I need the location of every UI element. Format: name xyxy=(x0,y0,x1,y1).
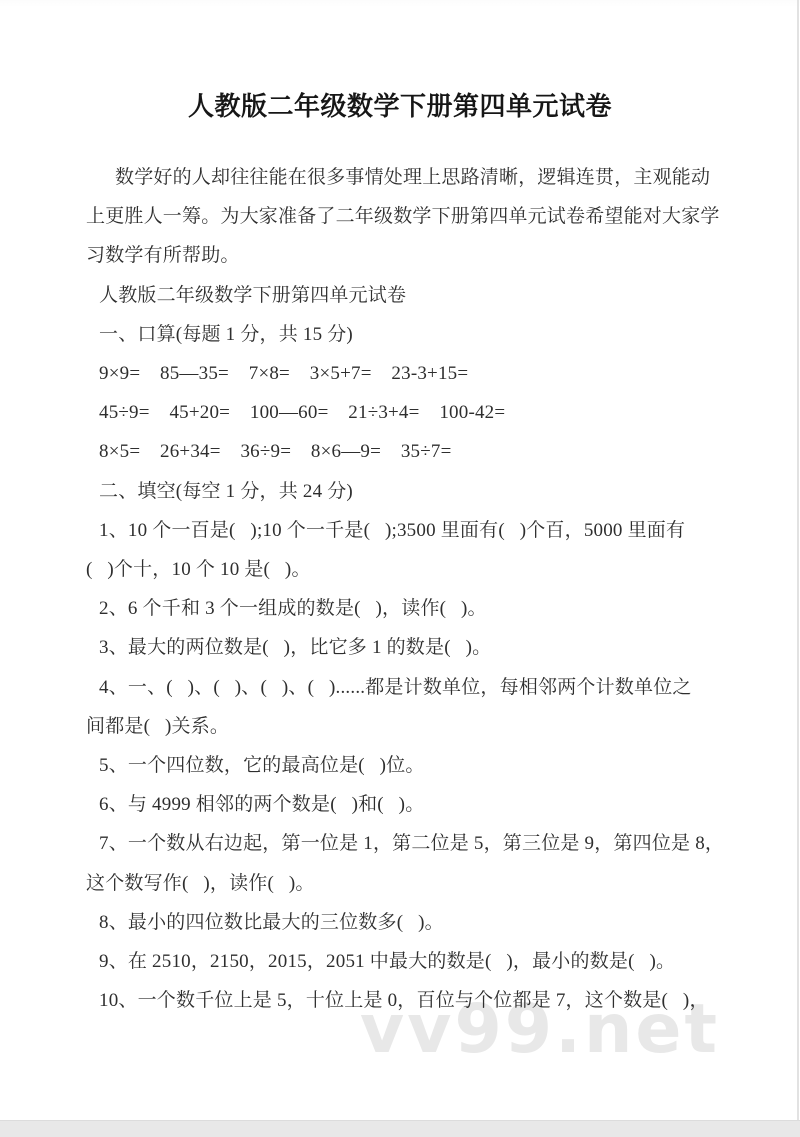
document-body: 数学好的人却往往能在很多事情处理上思路清晰，逻辑连贯，主观能动上更胜人一筹。为大… xyxy=(86,158,714,1020)
doc-line: 数学好的人却往往能在很多事情处理上思路清晰，逻辑连贯，主观能动 xyxy=(86,158,714,197)
document-page: vv99.net 人教版二年级数学下册第四单元试卷 数学好的人却往往能在很多事情… xyxy=(0,0,800,1137)
doc-line: 上更胜人一筹。为大家准备了二年级数学下册第四单元试卷希望能对大家学 xyxy=(86,197,714,236)
document-viewer: { "page": { "watermark": "vv99.net", "co… xyxy=(0,0,800,1137)
doc-line: 间都是( )关系。 xyxy=(86,707,714,746)
doc-line: 4、一、( )、( )、( )、( )......都是计数单位，每相邻两个计数单… xyxy=(86,668,714,707)
doc-line: 5、一个四位数，它的最高位是( )位。 xyxy=(86,746,714,785)
doc-line: 8×5= 26+34= 36÷9= 8×6—9= 35÷7= xyxy=(86,432,714,471)
doc-line: ( )个十，10 个 10 是( )。 xyxy=(86,550,714,589)
doc-line: 一、口算(每题 1 分，共 15 分) xyxy=(86,315,714,354)
doc-line: 人教版二年级数学下册第四单元试卷 xyxy=(86,276,714,315)
doc-line: 1、10 个一百是( );10 个一千是( );3500 里面有( )个百，50… xyxy=(86,511,714,550)
page-bottom-band xyxy=(0,1120,800,1137)
doc-line: 这个数写作( )，读作( )。 xyxy=(86,864,714,903)
page-title: 人教版二年级数学下册第四单元试卷 xyxy=(86,88,714,124)
doc-line: 习数学有所帮助。 xyxy=(86,236,714,275)
doc-line: 8、最小的四位数比最大的三位数多( )。 xyxy=(86,903,714,942)
doc-line: 3、最大的两位数是( )，比它多 1 的数是( )。 xyxy=(86,628,714,667)
document-content: 人教版二年级数学下册第四单元试卷 数学好的人却往往能在很多事情处理上思路清晰，逻… xyxy=(86,88,714,1020)
doc-line: 9×9= 85—35= 7×8= 3×5+7= 23-3+15= xyxy=(86,354,714,393)
doc-line: 2、6 个千和 3 个一组成的数是( )，读作( )。 xyxy=(86,589,714,628)
doc-line: 6、与 4999 相邻的两个数是( )和( )。 xyxy=(86,785,714,824)
doc-line: 二、填空(每空 1 分，共 24 分) xyxy=(86,472,714,511)
doc-line: 10、一个数千位上是 5，十位上是 0，百位与个位都是 7，这个数是( )， xyxy=(86,981,714,1020)
page-right-edge xyxy=(797,0,799,1120)
doc-line: 9、在 2510，2150，2015，2051 中最大的数是( )，最小的数是(… xyxy=(86,942,714,981)
doc-line: 7、一个数从右边起，第一位是 1，第二位是 5，第三位是 9，第四位是 8， xyxy=(86,824,714,863)
doc-line: 45÷9= 45+20= 100—60= 21÷3+4= 100-42= xyxy=(86,393,714,432)
